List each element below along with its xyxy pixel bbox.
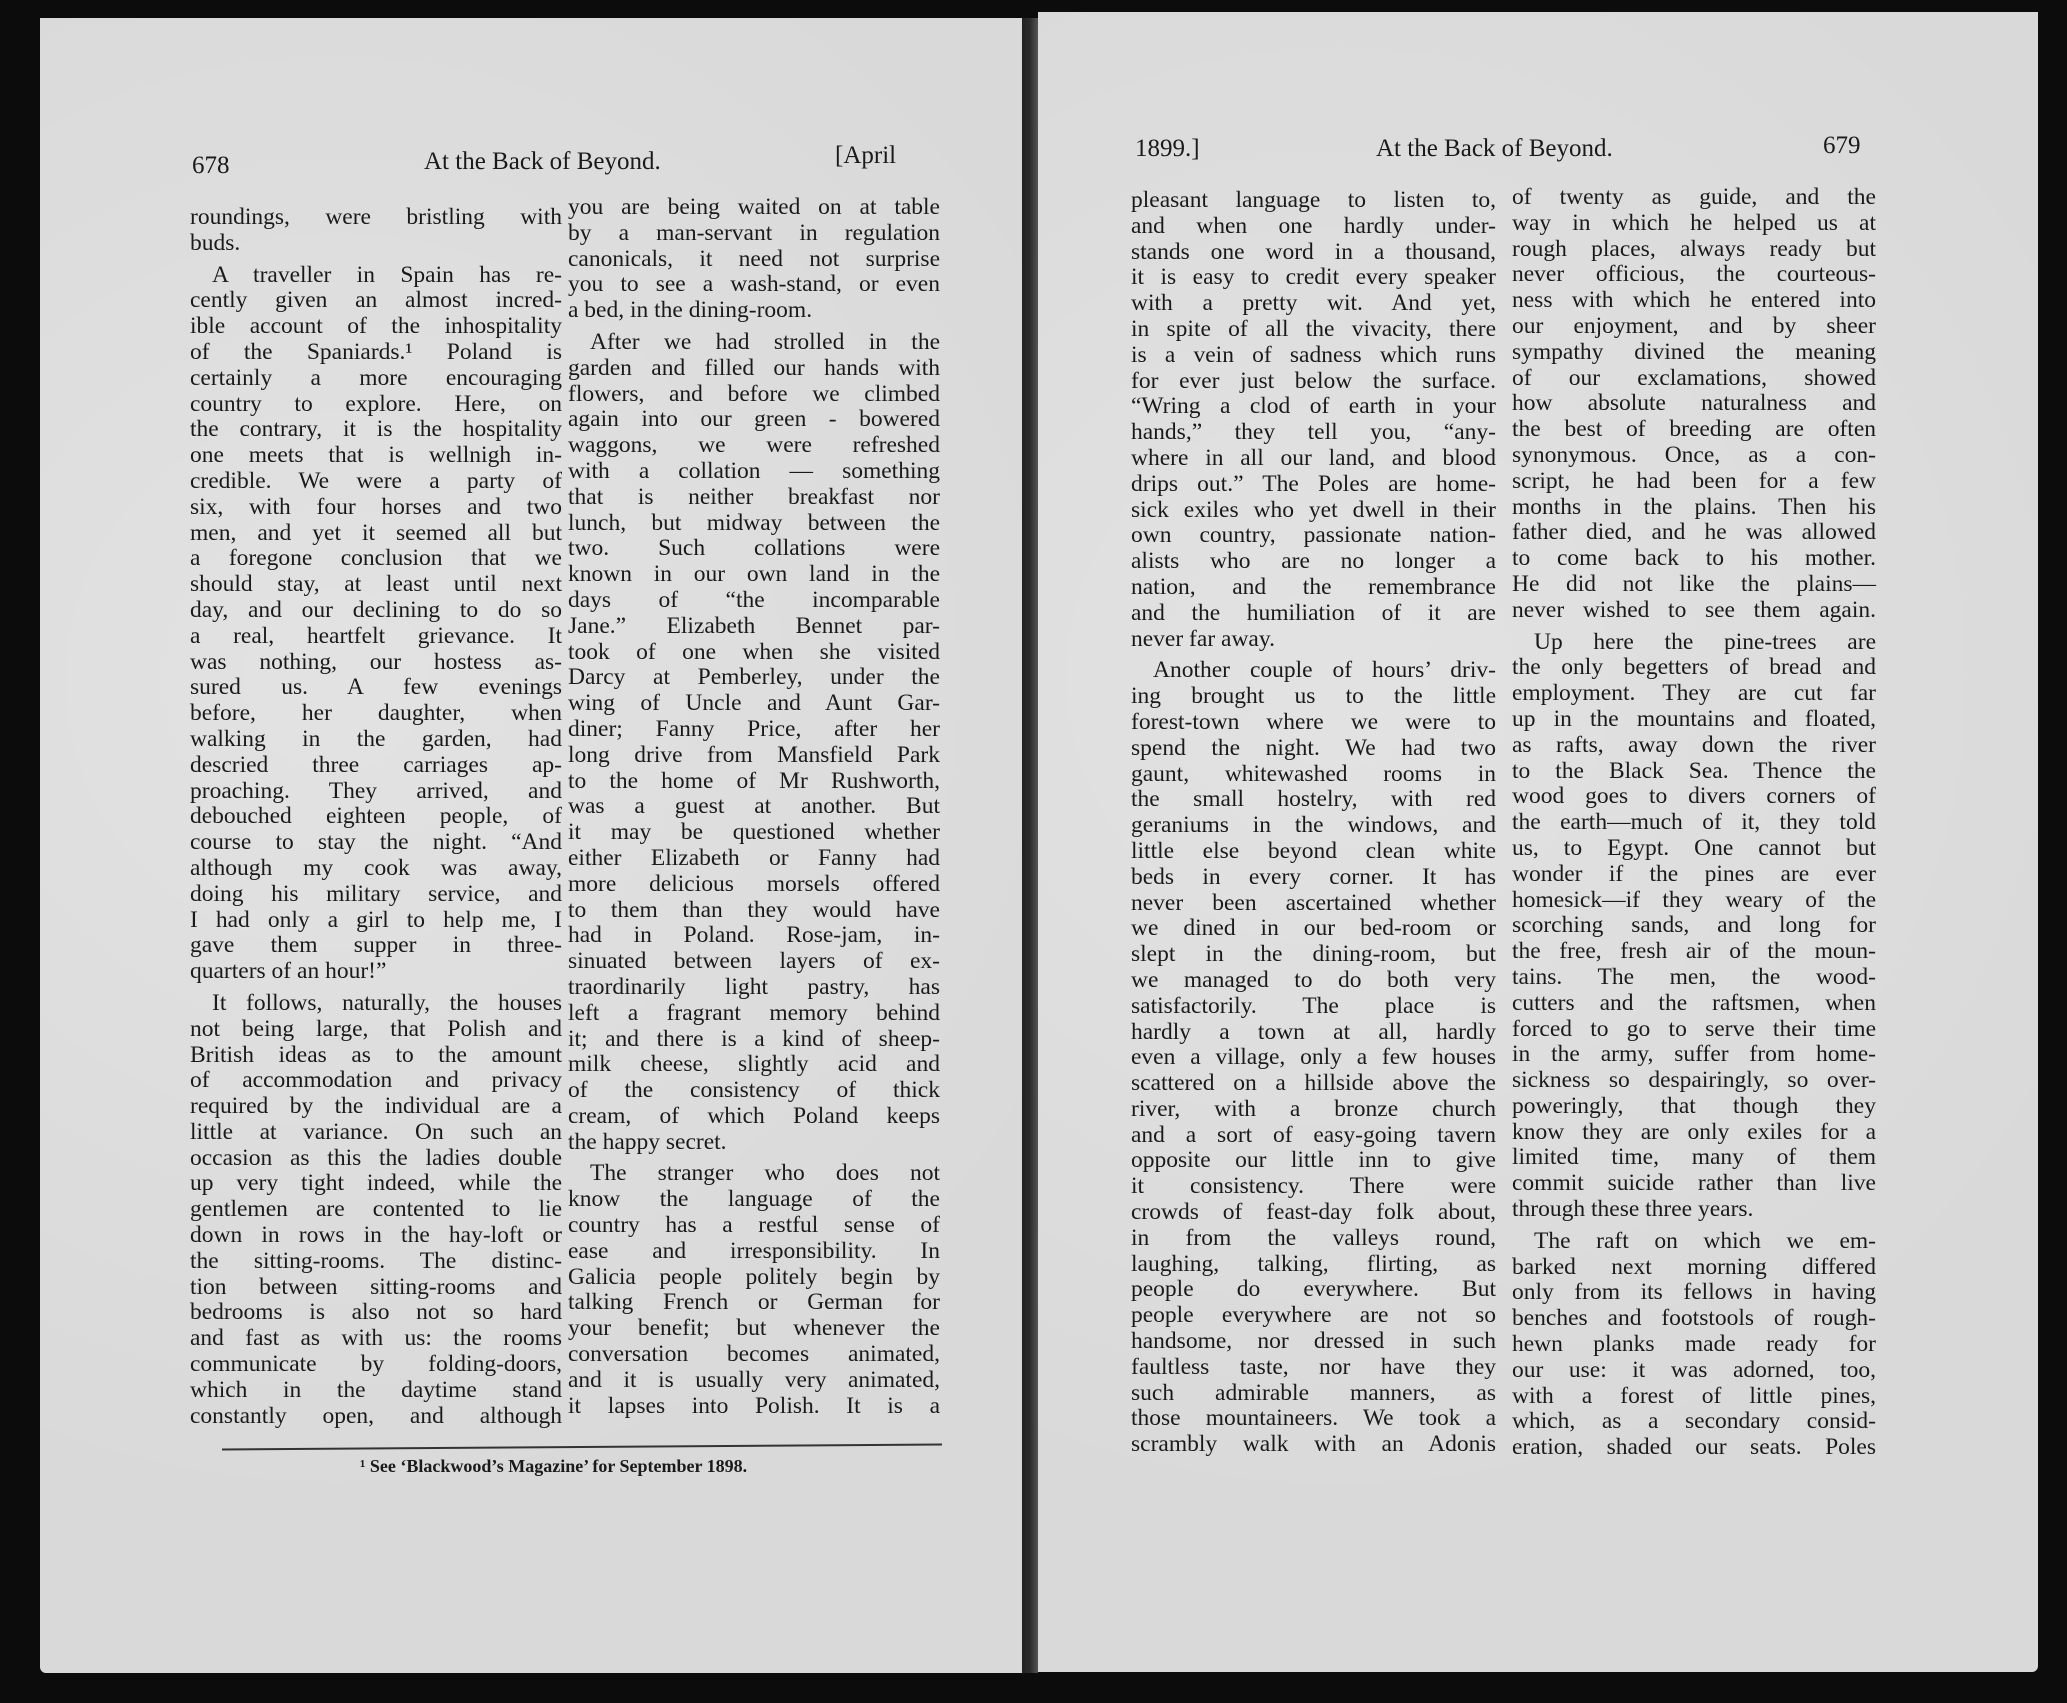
- text-line: sick exiles who yet dwell in their: [1131, 498, 1496, 524]
- text-line: should stay, at least until next: [190, 572, 562, 598]
- text-line: two. Such collations were: [568, 536, 940, 562]
- text-line: us, to Egypt. One cannot but: [1512, 836, 1876, 862]
- text-line: occasion as this the ladies double: [190, 1146, 562, 1172]
- text-line: It follows, naturally, the houses: [190, 991, 562, 1017]
- text-line: it is easy to credit every speaker: [1131, 265, 1496, 291]
- text-line: people do everywhere. But: [1131, 1277, 1496, 1303]
- right-page-number: 679: [1823, 132, 1861, 160]
- text-line: the sitting-rooms. The distinc-: [190, 1249, 562, 1275]
- text-line: with a collation — something: [568, 459, 940, 485]
- text-line: the free, fresh air of the moun-: [1512, 939, 1876, 965]
- text-line: employment. They are cut far: [1512, 681, 1876, 707]
- text-line: ease and irresponsibility. In: [568, 1239, 940, 1265]
- book-gutter: [1022, 18, 1038, 1673]
- text-line: own country, passionate nation-: [1131, 523, 1496, 549]
- text-line: only from its fellows in having: [1512, 1280, 1876, 1306]
- text-line: up in the mountains and floated,: [1512, 707, 1876, 733]
- right-running-title: At the Back of Beyond.: [1376, 135, 1613, 163]
- text-line: before, her daughter, when: [190, 701, 562, 727]
- text-line: Darcy at Pemberley, under the: [568, 665, 940, 691]
- text-line: of the Spaniards.¹ Poland is: [190, 340, 562, 366]
- text-line: little at variance. On such an: [190, 1120, 562, 1146]
- text-line: it lapses into Polish. It is a: [568, 1394, 940, 1420]
- text-line: never officious, the courteous-: [1512, 262, 1876, 288]
- text-line: to the Black Sea. Thence the: [1512, 759, 1876, 785]
- text-line: doing his military service, and: [190, 882, 562, 908]
- text-line: never wished to see them again.: [1512, 598, 1876, 624]
- text-line: way in which he helped us at: [1512, 211, 1876, 237]
- text-line: script, he had been for a few: [1512, 469, 1876, 495]
- text-line: which, as a secondary consid-: [1512, 1409, 1876, 1435]
- text-line: certainly a more encouraging: [190, 366, 562, 392]
- text-line: I had only a girl to help me, I: [190, 908, 562, 934]
- text-line: scorching sands, and long for: [1512, 913, 1876, 939]
- text-line: poweringly, that though they: [1512, 1094, 1876, 1120]
- text-line: slept in the dining-room, but: [1131, 942, 1496, 968]
- text-line: wood goes to divers corners of: [1512, 784, 1876, 810]
- text-line: we managed to do both very: [1131, 968, 1496, 994]
- text-line: river, with a bronze church: [1131, 1097, 1496, 1123]
- text-line: in from the valleys round,: [1131, 1226, 1496, 1252]
- text-line: opposite our little inn to give: [1131, 1148, 1496, 1174]
- left-column-1: roundings, were bristling withbuds.A tra…: [190, 205, 562, 1429]
- text-line: never been ascertained whether: [1131, 891, 1496, 917]
- text-line: where in all our land, and blood: [1131, 446, 1496, 472]
- text-line: of accommodation and privacy: [190, 1068, 562, 1094]
- text-line: Another couple of hours’ driv-: [1131, 658, 1496, 684]
- text-line: those mountaineers. We took a: [1131, 1406, 1496, 1432]
- text-line: the contrary, it is the hospitality: [190, 417, 562, 443]
- text-line: forced to go to serve their time: [1512, 1017, 1876, 1043]
- text-line: He did not like the plains—: [1512, 572, 1876, 598]
- text-line: your benefit; but whenever the: [568, 1316, 940, 1342]
- text-line: such admirable manners, as: [1131, 1381, 1496, 1407]
- text-line: barked next morning differed: [1512, 1255, 1876, 1281]
- text-line: was a guest at another. But: [568, 794, 940, 820]
- text-line: cently given an almost incred-: [190, 288, 562, 314]
- text-line: pleasant language to listen to,: [1131, 188, 1496, 214]
- text-line: satisfactorily. The place is: [1131, 994, 1496, 1020]
- text-line: alists who are no longer a: [1131, 549, 1496, 575]
- text-line: canonicals, it need not surprise: [568, 247, 940, 273]
- text-line: took of one when she visited: [568, 640, 940, 666]
- text-line: wing of Uncle and Aunt Gar-: [568, 691, 940, 717]
- text-line: traordinarily light pastry, has: [568, 975, 940, 1001]
- text-line: and when one hardly under-: [1131, 214, 1496, 240]
- text-line: Galicia people politely begin by: [568, 1265, 940, 1291]
- left-page-number: 678: [192, 152, 230, 180]
- text-line: more delicious morsels offered: [568, 872, 940, 898]
- text-line: sinuated between layers of ex-: [568, 949, 940, 975]
- text-line: men, and yet it seemed all but: [190, 521, 562, 547]
- text-line: country to explore. Here, on: [190, 392, 562, 418]
- text-line: conversation becomes animated,: [568, 1342, 940, 1368]
- text-line: a real, heartfelt grievance. It: [190, 624, 562, 650]
- text-line: “Wring a clod of earth in your: [1131, 394, 1496, 420]
- text-line: crowds of feast-day folk about,: [1131, 1200, 1496, 1226]
- text-line: A traveller in Spain has re-: [190, 263, 562, 289]
- left-column-2: you are being waited on at tableby a man…: [568, 195, 940, 1419]
- text-line: milk cheese, slightly acid and: [568, 1052, 940, 1078]
- text-line: which in the daytime stand: [190, 1378, 562, 1404]
- text-line: never far away.: [1131, 627, 1496, 653]
- text-line: although my cook was away,: [190, 856, 562, 882]
- text-line: The raft on which we em-: [1512, 1229, 1876, 1255]
- text-line: lunch, but midway between the: [568, 511, 940, 537]
- text-line: again into our green - bowered: [568, 407, 940, 433]
- text-line: of our exclamations, showed: [1512, 366, 1876, 392]
- text-line: scrambly walk with an Adonis: [1131, 1432, 1496, 1458]
- text-line: sured us. A few evenings: [190, 675, 562, 701]
- text-line: ible account of the inhospitality: [190, 314, 562, 340]
- text-line: benches and footstools of rough-: [1512, 1306, 1876, 1332]
- text-line: the happy secret.: [568, 1130, 940, 1156]
- text-line: it consistency. There were: [1131, 1174, 1496, 1200]
- text-line: tion between sitting-rooms and: [190, 1275, 562, 1301]
- text-line: as rafts, away down the river: [1512, 733, 1876, 759]
- text-line: laughing, talking, flirting, as: [1131, 1252, 1496, 1278]
- text-line: diner; Fanny Price, after her: [568, 717, 940, 743]
- text-line: the best of breeding are often: [1512, 417, 1876, 443]
- text-line: down in rows in the hay-loft or: [190, 1223, 562, 1249]
- text-line: British ideas as to the amount: [190, 1043, 562, 1069]
- text-line: had in Poland. Rose-jam, in-: [568, 923, 940, 949]
- text-line: hardly a town at all, hardly: [1131, 1020, 1496, 1046]
- text-line: The stranger who does not: [568, 1161, 940, 1187]
- text-line: course to stay the night. “And: [190, 830, 562, 856]
- text-line: debouched eighteen people, of: [190, 804, 562, 830]
- text-line: garden and filled our hands with: [568, 356, 940, 382]
- text-line: the small hostelry, with red: [1131, 787, 1496, 813]
- text-line: bedrooms is also not so hard: [190, 1300, 562, 1326]
- text-line: synonymous. Once, as a con-: [1512, 443, 1876, 469]
- text-line: and fast as with us: the rooms: [190, 1326, 562, 1352]
- text-line: nation, and the remembrance: [1131, 575, 1496, 601]
- text-line: in spite of all the vivacity, there: [1131, 317, 1496, 343]
- text-line: spend the night. We had two: [1131, 736, 1496, 762]
- text-line: Jane.” Elizabeth Bennet par-: [568, 614, 940, 640]
- text-line: a bed, in the dining-room.: [568, 298, 940, 324]
- text-line: day, and our declining to do so: [190, 598, 562, 624]
- text-line: with a pretty wit. And yet,: [1131, 291, 1496, 317]
- text-line: father died, and he was allowed: [1512, 520, 1876, 546]
- text-line: wonder if the pines are ever: [1512, 862, 1876, 888]
- text-line: Up here the pine-trees are: [1512, 630, 1876, 656]
- text-line: not being large, that Polish and: [190, 1017, 562, 1043]
- right-running-date: 1899.]: [1135, 135, 1200, 163]
- text-line: you are being waited on at table: [568, 195, 940, 221]
- text-line: known in our own land in the: [568, 562, 940, 588]
- text-line: scattered on a hillside above the: [1131, 1071, 1496, 1097]
- text-line: through these three years.: [1512, 1197, 1876, 1223]
- text-line: and a sort of easy-going tavern: [1131, 1123, 1496, 1149]
- text-line: to them than they would have: [568, 898, 940, 924]
- text-line: proaching. They arrived, and: [190, 779, 562, 805]
- text-line: geraniums in the windows, and: [1131, 813, 1496, 839]
- text-line: for ever just below the surface.: [1131, 369, 1496, 395]
- text-line: people everywhere are not so: [1131, 1303, 1496, 1329]
- text-line: the only begetters of bread and: [1512, 655, 1876, 681]
- text-line: that is neither breakfast nor: [568, 485, 940, 511]
- text-line: waggons, we were refreshed: [568, 433, 940, 459]
- text-line: left a fragrant memory behind: [568, 1001, 940, 1027]
- text-line: with a forest of little pines,: [1512, 1384, 1876, 1410]
- text-line: of twenty as guide, and the: [1512, 185, 1876, 211]
- text-line: up very tight indeed, while the: [190, 1171, 562, 1197]
- text-line: know the language of the: [568, 1187, 940, 1213]
- text-line: hewn planks made ready for: [1512, 1332, 1876, 1358]
- text-line: homesick—if they weary of the: [1512, 888, 1876, 914]
- text-line: hands,” they tell you, “any-: [1131, 420, 1496, 446]
- text-line: six, with four horses and two: [190, 495, 562, 521]
- text-line: even a village, only a few houses: [1131, 1045, 1496, 1071]
- text-line: buds.: [190, 231, 562, 257]
- text-line: stands one word in a thousand,: [1131, 240, 1496, 266]
- text-line: flowers, and before we climbed: [568, 382, 940, 408]
- text-line: country has a restful sense of: [568, 1213, 940, 1239]
- text-line: days of “the incomparable: [568, 588, 940, 614]
- text-line: how absolute naturalness and: [1512, 391, 1876, 417]
- text-line: our enjoyment, and by sheer: [1512, 314, 1876, 340]
- text-line: by a man-servant in regulation: [568, 221, 940, 247]
- text-line: After we had strolled in the: [568, 330, 940, 356]
- text-line: limited time, many of them: [1512, 1145, 1876, 1171]
- text-line: either Elizabeth or Fanny had: [568, 846, 940, 872]
- text-line: talking French or German for: [568, 1290, 940, 1316]
- text-line: is a vein of sadness which runs: [1131, 343, 1496, 369]
- text-line: and it is usually very animated,: [568, 1368, 940, 1394]
- text-line: one meets that is wellnigh in-: [190, 443, 562, 469]
- text-line: you to see a wash-stand, or even: [568, 272, 940, 298]
- text-line: quarters of an hour!”: [190, 959, 562, 985]
- text-line: it; and there is a kind of sheep-: [568, 1027, 940, 1053]
- text-line: of the consistency of thick: [568, 1078, 940, 1104]
- text-line: required by the individual are a: [190, 1094, 562, 1120]
- text-line: roundings, were bristling with: [190, 205, 562, 231]
- text-line: months in the plains. Then his: [1512, 495, 1876, 521]
- text-line: sympathy divined the meaning: [1512, 340, 1876, 366]
- text-line: a foregone conclusion that we: [190, 546, 562, 572]
- text-line: credible. We were a party of: [190, 469, 562, 495]
- text-line: walking in the garden, had: [190, 727, 562, 753]
- text-line: it may be questioned whether: [568, 820, 940, 846]
- footnote: ¹ See ‘Blackwood’s Magazine’ for Septemb…: [360, 1456, 747, 1477]
- text-line: constantly open, and although: [190, 1404, 562, 1430]
- right-column-1: pleasant language to listen to,and when …: [1131, 188, 1496, 1458]
- text-line: tains. The men, the wood-: [1512, 965, 1876, 991]
- text-line: beds in every corner. It has: [1131, 865, 1496, 891]
- text-line: know they are only exiles for a: [1512, 1120, 1876, 1146]
- text-line: rough places, always ready but: [1512, 237, 1876, 263]
- text-line: and the humiliation of it are: [1131, 601, 1496, 627]
- text-line: in the army, suffer from home-: [1512, 1042, 1876, 1068]
- text-line: eration, shaded our seats. Poles: [1512, 1435, 1876, 1461]
- text-line: gentlemen are contented to lie: [190, 1197, 562, 1223]
- text-line: ness with which he entered into: [1512, 288, 1876, 314]
- text-line: gaunt, whitewashed rooms in: [1131, 762, 1496, 788]
- text-line: to the home of Mr Rushworth,: [568, 769, 940, 795]
- text-line: was nothing, our hostess as-: [190, 650, 562, 676]
- text-line: little else beyond clean white: [1131, 839, 1496, 865]
- text-line: descried three carriages ap-: [190, 753, 562, 779]
- left-running-date: [April: [835, 142, 896, 170]
- text-line: sickness so despairingly, so over-: [1512, 1068, 1876, 1094]
- text-line: faultless taste, nor have they: [1131, 1355, 1496, 1381]
- text-line: to come back to his mother.: [1512, 546, 1876, 572]
- text-line: the earth—much of it, they told: [1512, 810, 1876, 836]
- right-column-2: of twenty as guide, and theway in which …: [1512, 185, 1876, 1461]
- text-line: drips out.” The Poles are home-: [1131, 472, 1496, 498]
- text-line: cutters and the raftsmen, when: [1512, 991, 1876, 1017]
- text-line: gave them supper in three-: [190, 933, 562, 959]
- text-line: commit suicide rather than live: [1512, 1171, 1876, 1197]
- text-line: long drive from Mansfield Park: [568, 743, 940, 769]
- text-line: forest-town where we were to: [1131, 710, 1496, 736]
- text-line: we dined in our bed-room or: [1131, 916, 1496, 942]
- text-line: handsome, nor dressed in such: [1131, 1329, 1496, 1355]
- text-line: cream, of which Poland keeps: [568, 1104, 940, 1130]
- text-line: our use: it was adorned, too,: [1512, 1358, 1876, 1384]
- text-line: ing brought us to the little: [1131, 684, 1496, 710]
- left-running-title: At the Back of Beyond.: [424, 148, 661, 176]
- text-line: communicate by folding-doors,: [190, 1352, 562, 1378]
